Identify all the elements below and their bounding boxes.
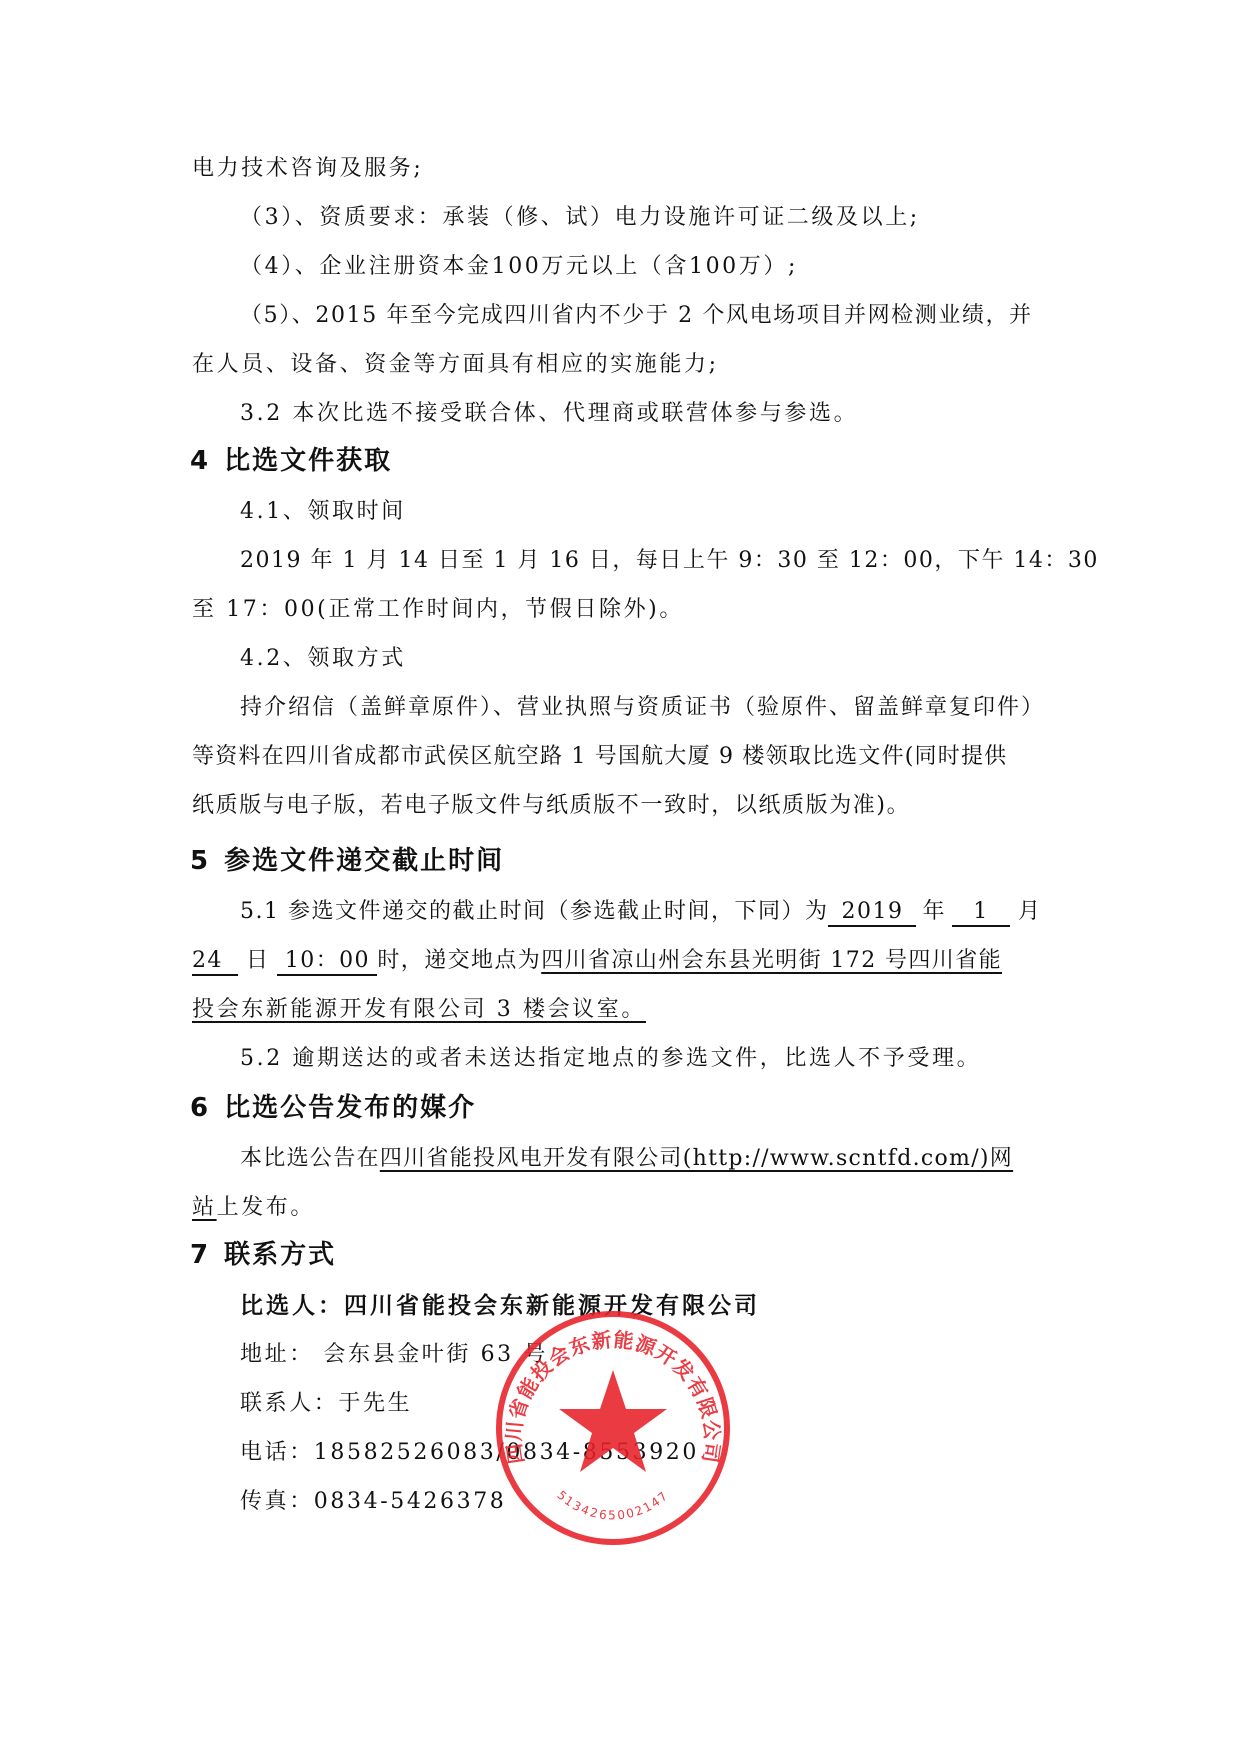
section-4-1-label: 4.1、领取时间	[240, 497, 1112, 527]
submission-location: 四川省凉山州会东县光明街 172 号四川省能	[541, 948, 1002, 973]
deadline-time: 10：00	[277, 948, 377, 976]
deadline-line1: 5.1 参选文件递交的截止时间（参选截止时间，下同）为2019年1月	[240, 897, 1112, 927]
requirement-4: （4）、企业注册资本金100万元以上（含100万）;	[240, 252, 1112, 282]
deadline-year: 2019	[828, 899, 916, 927]
section-title: 比选公告发布的媒介	[224, 1093, 476, 1123]
deadline-line3: 投会东新能源开发有限公司 3 楼会议室。	[192, 995, 1064, 1025]
section-6-heading: 6比选公告发布的媒介	[190, 1093, 1062, 1123]
deadline-line2: 24日10：00时，递交地点为四川省凉山州会东县光明街 172 号四川省能	[192, 946, 1064, 976]
section-number: 5	[190, 846, 210, 876]
section-5-2: 5.2 逾期送达的或者未送达指定地点的参选文件，比选人不予受理。	[240, 1044, 1112, 1074]
website-link[interactable]: 四川省能投风电开发有限公司(http://www.scntfd.com/)网	[380, 1146, 1013, 1171]
month-unit: 月	[1018, 899, 1042, 924]
pickup-time-line2: 至 17：00(正常工作时间内，节假日除外)。	[192, 595, 1064, 625]
publish-suffix: 上发布。	[217, 1195, 315, 1220]
day-unit: 日	[246, 948, 269, 973]
pickup-method-line2: 等资料在四川省成都市武侯区航空路 1 号国航大厦 9 楼领取比选文件(同时提供	[192, 742, 1064, 772]
deadline-day: 24	[192, 948, 238, 976]
deadline-prefix: 5.1 参选文件递交的截止时间（参选截止时间，下同）为	[240, 899, 828, 924]
org-label: 比选人：	[240, 1293, 344, 1319]
section-title: 比选文件获取	[224, 446, 392, 476]
requirement-3: （3）、资质要求：承装（修、试）电力设施许可证二级及以上;	[240, 203, 1112, 233]
section-number: 4	[190, 446, 210, 476]
pickup-method-line1: 持介绍信（盖鲜章原件）、营业执照与资质证书（验原件、留盖鲜章复印件）	[240, 693, 1112, 723]
pickup-method-line3: 纸质版与电子版，若电子版文件与纸质版不一致时，以纸质版为准)。	[192, 791, 1064, 821]
time-unit: 时，递交地点为	[377, 948, 541, 973]
official-seal-icon: 四川省能投会东新能源开发有限公司 5134265002147	[493, 1308, 733, 1548]
section-number: 7	[190, 1240, 210, 1270]
requirement-5-line2: 在人员、设备、资金等方面具有相应的实施能力;	[192, 350, 1064, 380]
seal-code: 5134265002147	[554, 1488, 671, 1523]
section-5-heading: 5参选文件递交截止时间	[190, 846, 1062, 876]
publish-prefix: 本比选公告在	[240, 1146, 380, 1171]
year-unit: 年	[922, 899, 946, 924]
section-title: 参选文件递交截止时间	[224, 846, 504, 876]
section-7-heading: 7联系方式	[190, 1240, 1062, 1270]
section-4-2-label: 4.2、领取方式	[240, 644, 1112, 674]
intro-tail: 电力技术咨询及服务;	[192, 154, 1064, 184]
submission-location-cont: 投会东新能源开发有限公司 3 楼会议室。	[192, 997, 646, 1022]
requirement-5-line1: （5）、2015 年至今完成四川省内不少于 2 个风电场项目并网检测业绩，并	[240, 301, 1064, 331]
pickup-time-line1: 2019 年 1 月 14 日至 1 月 16 日，每日上午 9：30 至 12…	[240, 546, 1064, 576]
section-number: 6	[190, 1093, 210, 1123]
publish-media-line1: 本比选公告在四川省能投风电开发有限公司(http://www.scntfd.co…	[240, 1144, 1112, 1174]
section-4-heading: 4比选文件获取	[190, 446, 1062, 476]
publish-media-line2: 站上发布。	[192, 1193, 1064, 1223]
website-link-cont[interactable]: 站	[192, 1195, 217, 1220]
section-3-2: 3.2 本次比选不接受联合体、代理商或联营体参与参选。	[240, 399, 1112, 429]
svg-text:5134265002147: 5134265002147	[554, 1488, 671, 1523]
section-title: 联系方式	[224, 1240, 336, 1270]
deadline-month: 1	[952, 899, 1010, 927]
